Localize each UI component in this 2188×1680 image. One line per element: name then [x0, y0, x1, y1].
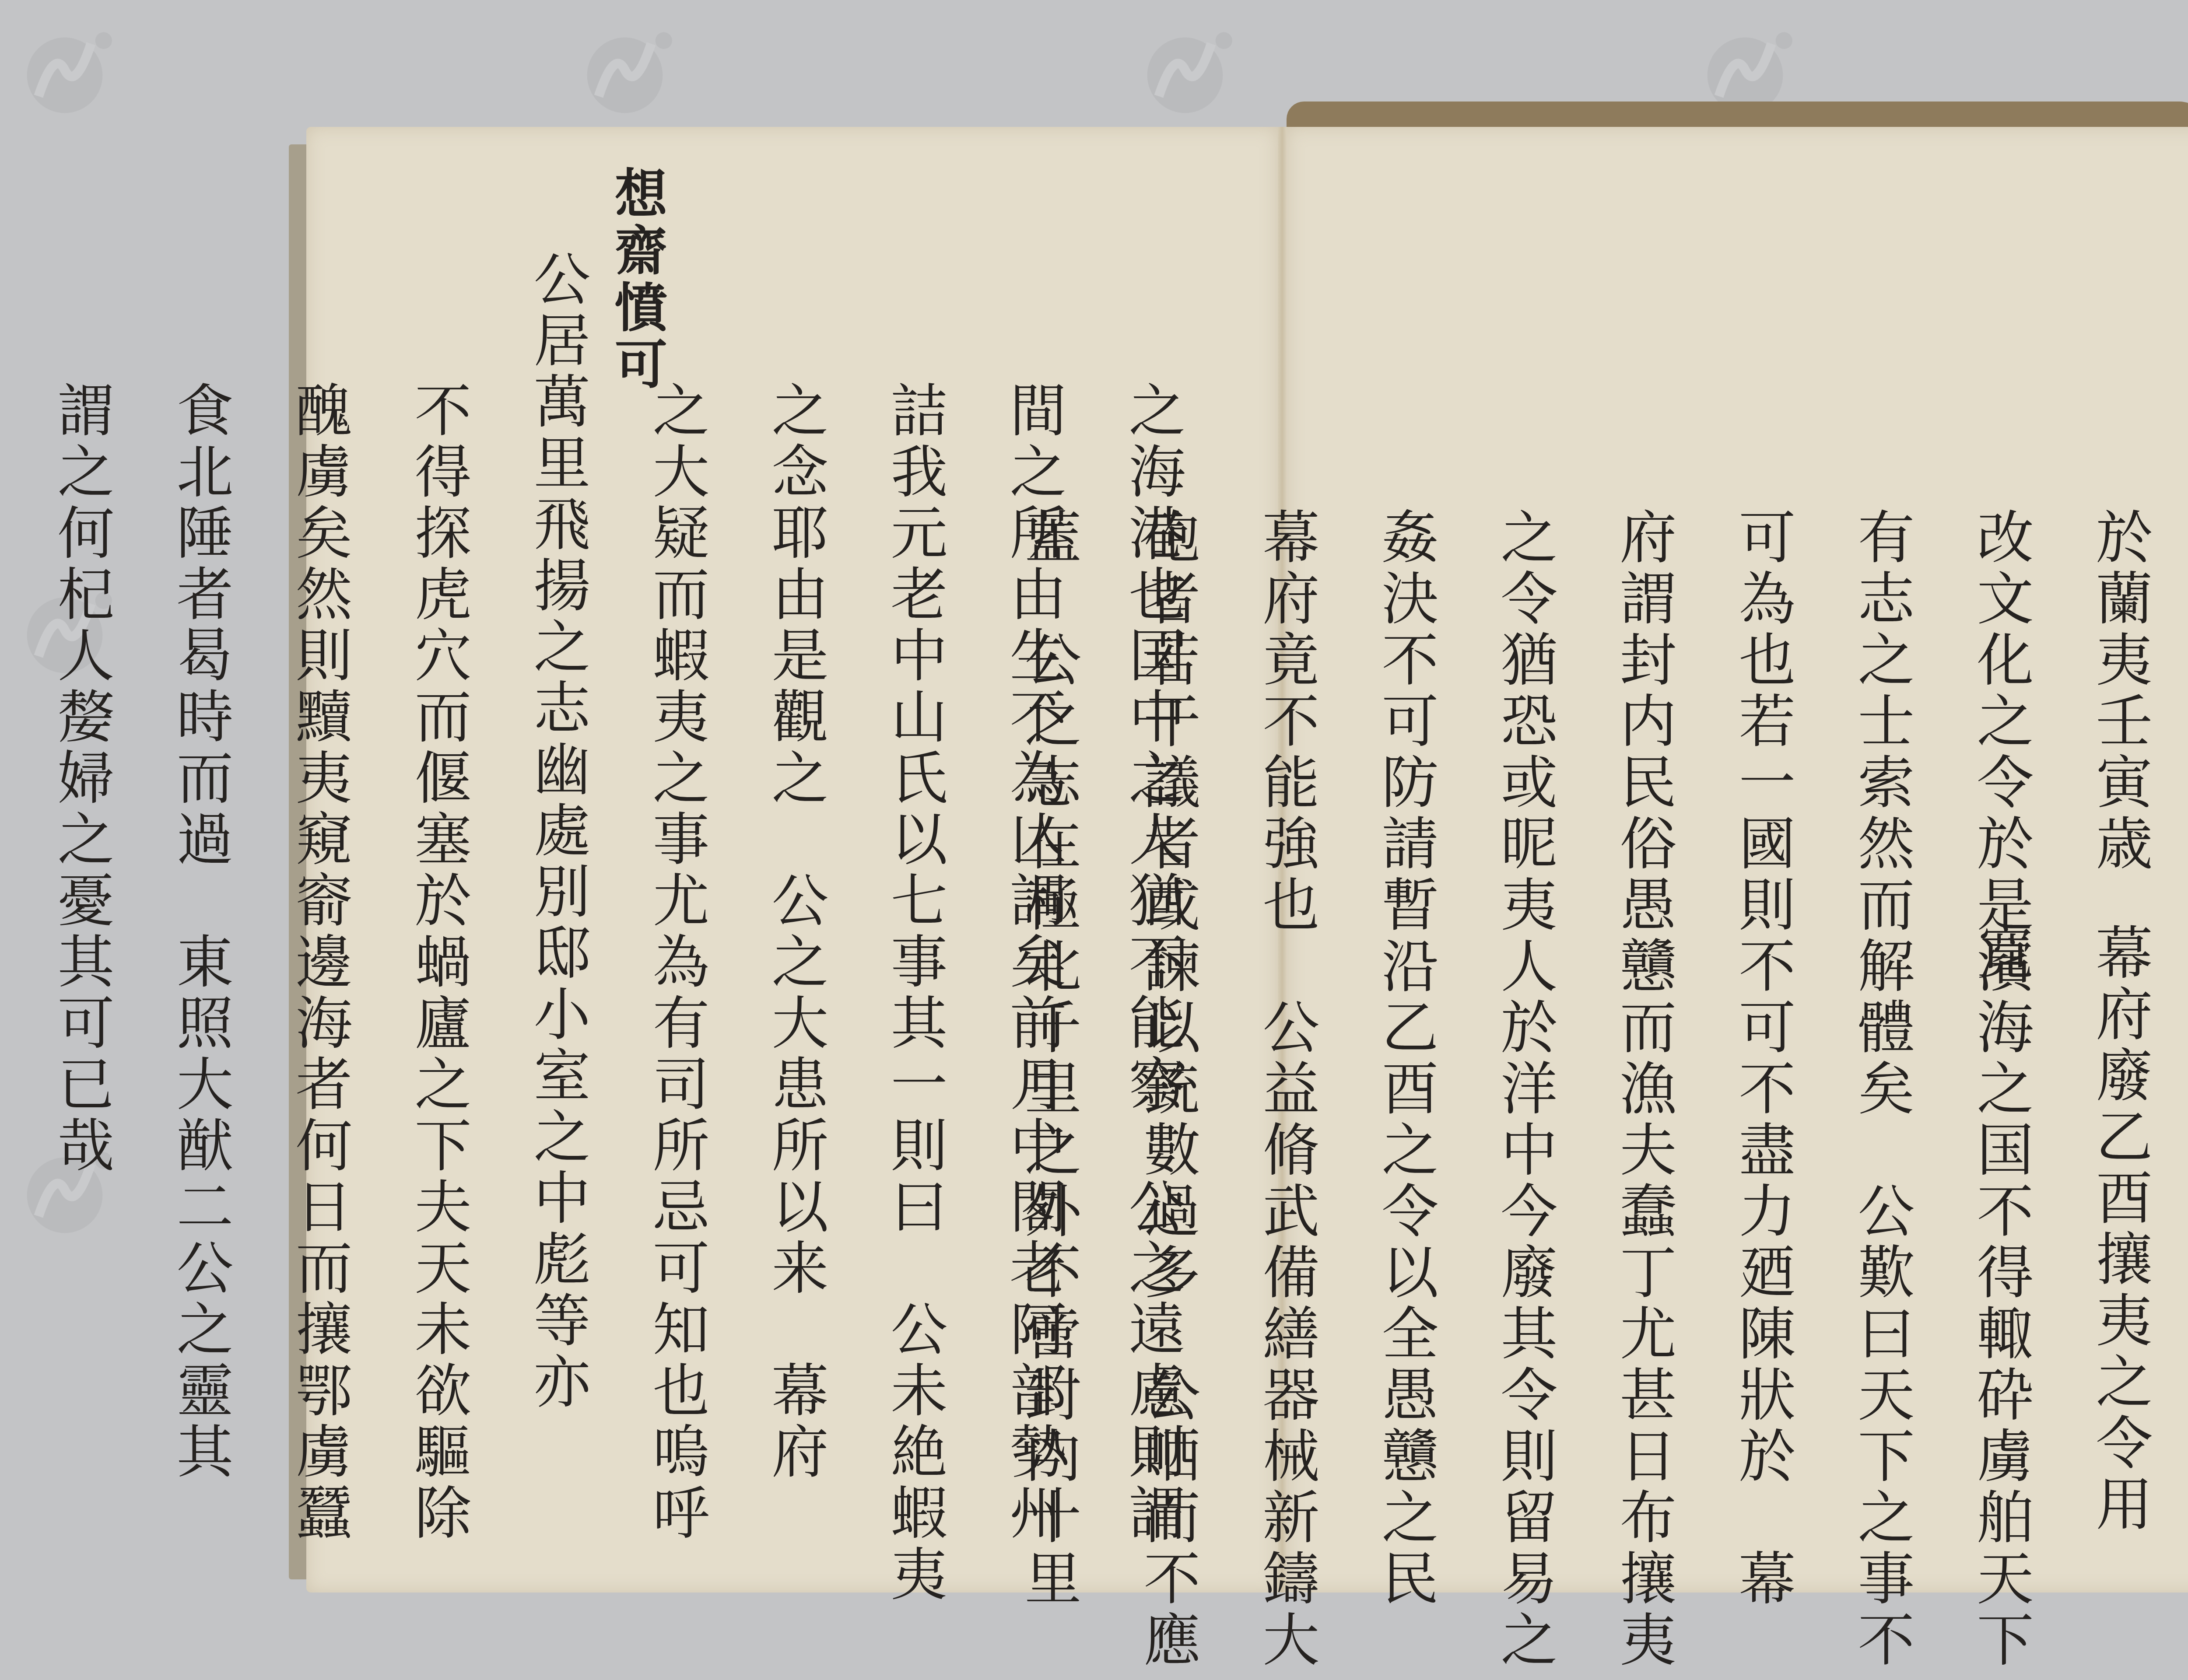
text-column: 公居萬里飛揚之志幽處別邸小室之中彪等亦 [498, 241, 617, 1592]
text-column: 之念耶由是觀之 公之大患所以来 幕府 [736, 241, 855, 1592]
watermark-logo-icon [578, 17, 683, 122]
text-column: 之令猶恐或昵夷人於洋中今廢其令則留易之 [1465, 507, 1584, 1592]
text-column: 蓋 公之志在極北千里之外不啻封内十里 [989, 507, 1108, 1592]
text-column: 姦決不可防請暫沿乙酉之令以全愚戇之民 [1346, 507, 1465, 1592]
text-column: 醜虜矣然則黷夷窺窬邊海者何日而攘鄂虜蠶 [260, 241, 379, 1592]
right-page: 於蘭夷壬寅歳 改文化之令於是濱海之国不得輙砕虜舶天下 有志之士索然而解體矣 公歎… [1287, 127, 2188, 1592]
text-column: 有志之士索然而解體矣 公歎曰天下之事不 [1822, 507, 1941, 1592]
text-column: 幕府竟不能強也 公益脩武備繕器械新鑄大 [1227, 507, 1346, 1592]
section-title: 想齋憤可 [604, 166, 670, 1592]
text-column: 不得探虎穴而偃塞於蝸廬之下夫天未欲驅除 [379, 241, 498, 1592]
watermark-logo-icon [18, 17, 123, 122]
watermark-logo-icon [1138, 17, 1243, 122]
text-column: 砲者若干議者或諫以銃數過多 公哂而不應 [1108, 507, 1227, 1592]
text-column: 詰我元老中山氏以七事其一則曰 公未絶蝦夷 [855, 241, 974, 1592]
text-column: 謂之何杞人嫠婦之憂其可已哉 [22, 241, 141, 1592]
text-column: 食北陲者曷時而過 東照大猷二公之靈其 [141, 241, 260, 1592]
open-book: 之海港也国中之人猶不能察 公之遠慮則謂 間之所由生不為亾謂矣前月中閣老阿部勢州 … [280, 109, 2188, 1601]
text-column: 府謂封内民俗愚戇而漁夫蠢丁尤甚日布攘夷 [1584, 507, 1703, 1592]
right-page-continuation: 幕府廢乙酉攘夷之令用寛 [1941, 923, 2179, 1592]
folded-page-top [1287, 101, 2188, 128]
date-note: 廿五月廿八日廿七日録 [0, 241, 22, 1592]
text-column: 可為也若一國則不可不盡力廼陳狀於 幕 [1703, 507, 1822, 1592]
